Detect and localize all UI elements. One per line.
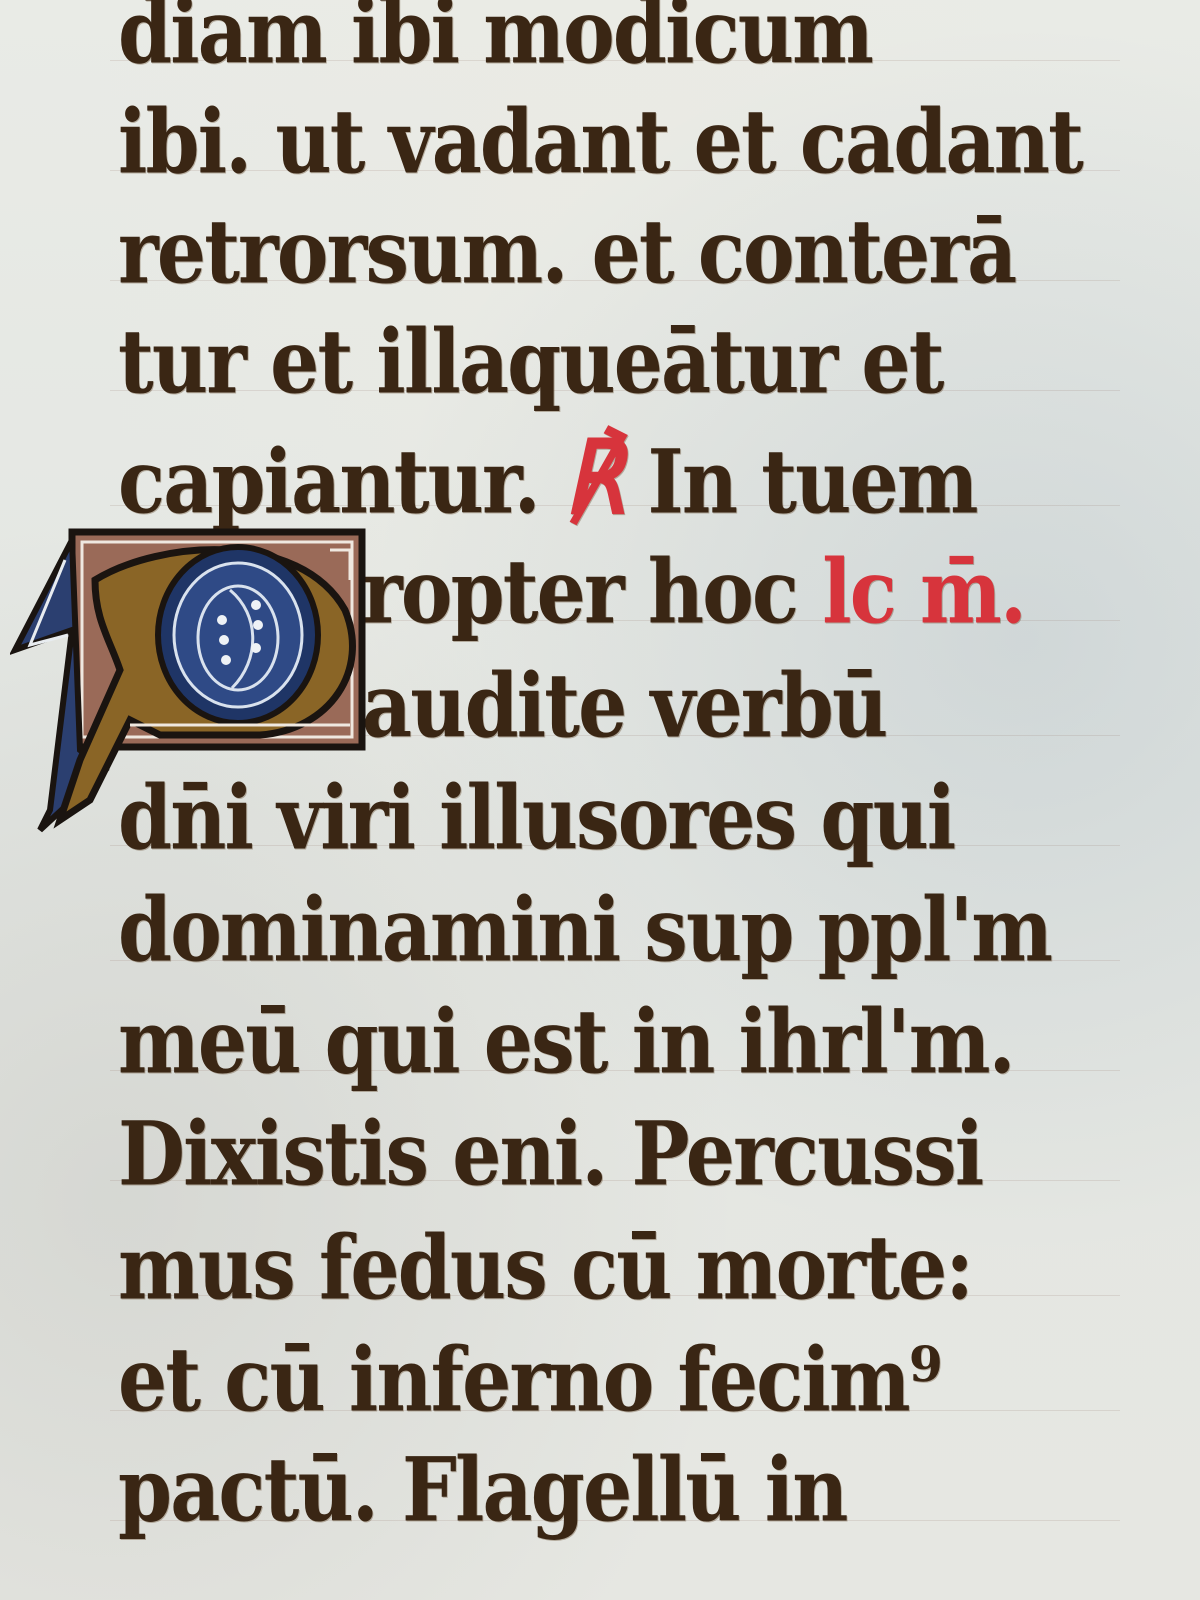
text-line-14: pactū. Flagellū in bbox=[118, 1438, 847, 1543]
text-line-2: ibi. ut vadant et cadant bbox=[118, 90, 1082, 195]
text-capiantur: capiantur. bbox=[118, 430, 539, 534]
text-propter-hoc: ropter hoc bbox=[362, 540, 797, 644]
text-line-13: et cū inferno fecim⁹ bbox=[118, 1328, 941, 1433]
text-line-5: capiantur. ℟ In tuem bbox=[118, 425, 977, 534]
responsory-symbol-icon: ℟ bbox=[564, 418, 623, 537]
illuminated-initial-p bbox=[10, 520, 370, 840]
text-line-10: meū qui est in ihrl'm. bbox=[118, 990, 1014, 1095]
text-line-6: ropter hoc lc m̄. bbox=[362, 540, 1025, 645]
text-line-11: Dixistis eni. Percussi bbox=[118, 1102, 982, 1207]
text-intuem: In tuem bbox=[648, 430, 977, 534]
text-line-9: dominamini sup ppl'm bbox=[118, 878, 1051, 983]
text-line-12: mus fedus cū morte: bbox=[118, 1216, 972, 1321]
text-line-7: audite verbū bbox=[362, 654, 886, 759]
text-line-3: retrorsum. et conterā bbox=[118, 200, 1015, 305]
manuscript-page: diam ibi modicum ibi. ut vadant et cadan… bbox=[0, 0, 1200, 1600]
text-line-1: diam ibi modicum bbox=[118, 0, 872, 85]
rubric-lc-m: lc m̄. bbox=[822, 540, 1025, 644]
initial-p-icon bbox=[10, 520, 370, 840]
text-line-4: tur et illaqueātur et bbox=[118, 310, 943, 415]
